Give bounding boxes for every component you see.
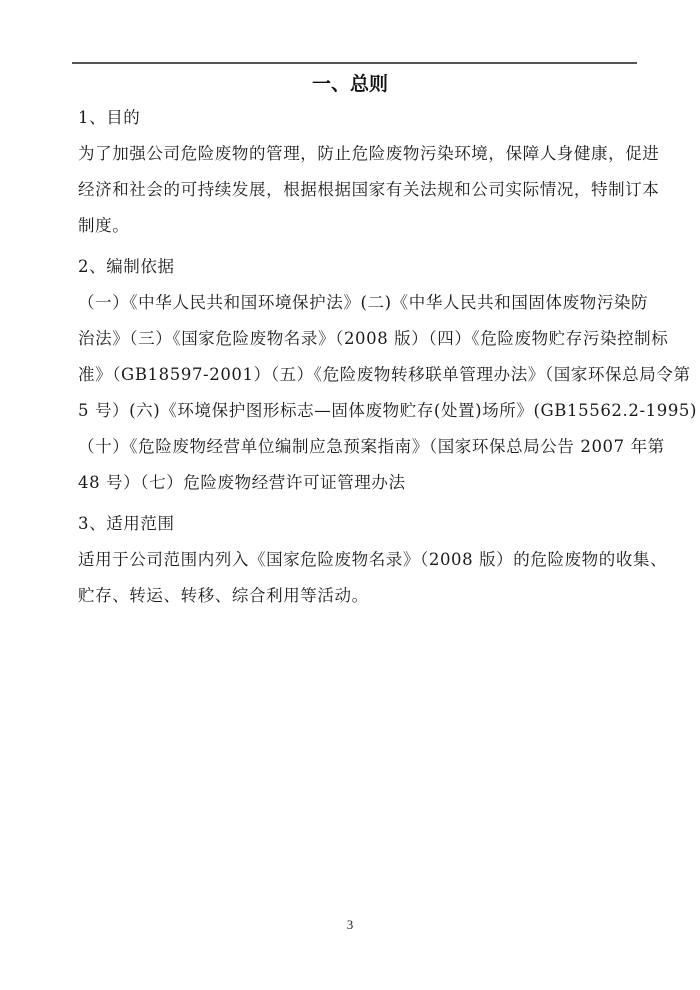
page-number: 3 bbox=[0, 917, 700, 933]
paragraph-line: 准》（GB18597-2001）（五）《危险废物转移联单管理办法》（国家环保总局… bbox=[78, 363, 691, 387]
section-heading-purpose: 1、目的 bbox=[78, 106, 140, 130]
paragraph-line: 48 号）（七）危险废物经营许可证管理办法 bbox=[78, 471, 406, 495]
paragraph-line: 适用于公司范围内列入《国家危险废物名录》（2008 版）的危险废物的收集、 bbox=[78, 548, 667, 572]
paragraph-line: 治法》（三）《国家危险废物名录》（2008 版）（四）《危险废物贮存污染控制标 bbox=[78, 327, 668, 351]
paragraph-line: 5 号）(六)《环境保护图形标志—固体废物贮存(处置)场所》(GB15562.2… bbox=[78, 399, 697, 423]
section-heading-basis: 2、编制依据 bbox=[78, 255, 175, 279]
section-heading-scope: 3、适用范围 bbox=[78, 512, 175, 536]
paragraph-line: （十）《危险废物经营单位编制应急预案指南》（国家环保总局公告 2007 年第 bbox=[78, 435, 665, 459]
header-rule bbox=[72, 62, 637, 64]
paragraph-line: 为了加强公司危险废物的管理，防止危险废物污染环境，保障人身健康，促进 bbox=[78, 142, 659, 166]
paragraph-line: （一）《中华人民共和国环境保护法》(二)《中华人民共和国固体废物污染防 bbox=[78, 291, 648, 315]
paragraph-line: 经济和社会的可持续发展，根据根据国家有关法规和公司实际情况，特制订本 bbox=[78, 178, 659, 202]
chapter-title: 一、总则 bbox=[0, 70, 700, 98]
paragraph-line: 贮存、转运、转移、综合利用等活动。 bbox=[78, 584, 369, 608]
paragraph-line: 制度。 bbox=[78, 214, 129, 238]
